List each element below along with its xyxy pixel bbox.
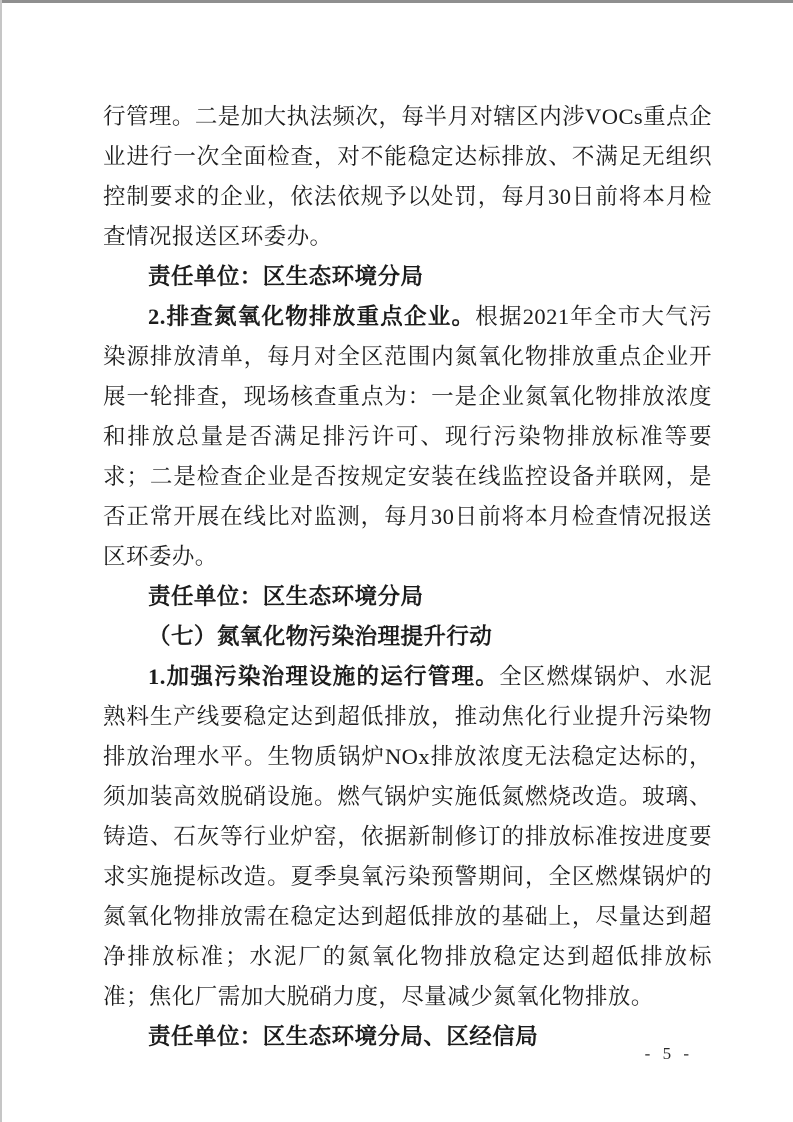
paragraph-continuation: 行管理。二是加大执法频次，每半月对辖区内涉VOCs重点企业进行一次全面检查，对不… — [103, 97, 712, 257]
paragraph-text: 行管理。二是加大执法频次，每半月对辖区内涉VOCs重点企业进行一次全面检查，对不… — [103, 104, 712, 249]
document-body: 行管理。二是加大执法频次，每半月对辖区内涉VOCs重点企业进行一次全面检查，对不… — [103, 97, 712, 1057]
scanned-document-page: { "page": { "number_label": "- 5 -", "ba… — [0, 0, 793, 1122]
scan-edge-left — [0, 0, 2, 1122]
page-number-text: - 5 - — [645, 1044, 693, 1063]
numbered-item-text: 全区燃煤锅炉、水泥熟料生产线要稳定达到超低排放，推动焦化行业提升污染物排放治理水… — [103, 664, 712, 1009]
numbered-item-text: 根据2021年全市大气污染源排放清单，每月对全区范围内氮氧化物排放重点企业开展一… — [103, 304, 712, 569]
responsibility-line: 责任单位：区生态环境分局 — [103, 577, 712, 617]
numbered-item-1: 1.加强污染治理设施的运行管理。全区燃煤锅炉、水泥熟料生产线要稳定达到超低排放，… — [103, 657, 712, 1017]
scan-edge-top — [0, 0, 793, 3]
numbered-item-lead: 2.排查氮氧化物排放重点企业。 — [148, 304, 475, 329]
responsibility-line: 责任单位：区生态环境分局、区经信局 — [103, 1017, 712, 1057]
responsibility-text: 责任单位：区生态环境分局、区经信局 — [148, 1024, 538, 1049]
responsibility-line: 责任单位：区生态环境分局 — [103, 257, 712, 297]
numbered-item-2: 2.排查氮氧化物排放重点企业。根据2021年全市大气污染源排放清单，每月对全区范… — [103, 297, 712, 577]
responsibility-text: 责任单位：区生态环境分局 — [148, 264, 423, 289]
page-number: - 5 - — [645, 1042, 693, 1066]
responsibility-text: 责任单位：区生态环境分局 — [148, 584, 423, 609]
numbered-item-lead: 1.加强污染治理设施的运行管理。 — [148, 664, 499, 689]
section-heading-7: （七）氮氧化物污染治理提升行动 — [103, 617, 712, 657]
section-heading-text: （七）氮氧化物污染治理提升行动 — [148, 624, 492, 649]
